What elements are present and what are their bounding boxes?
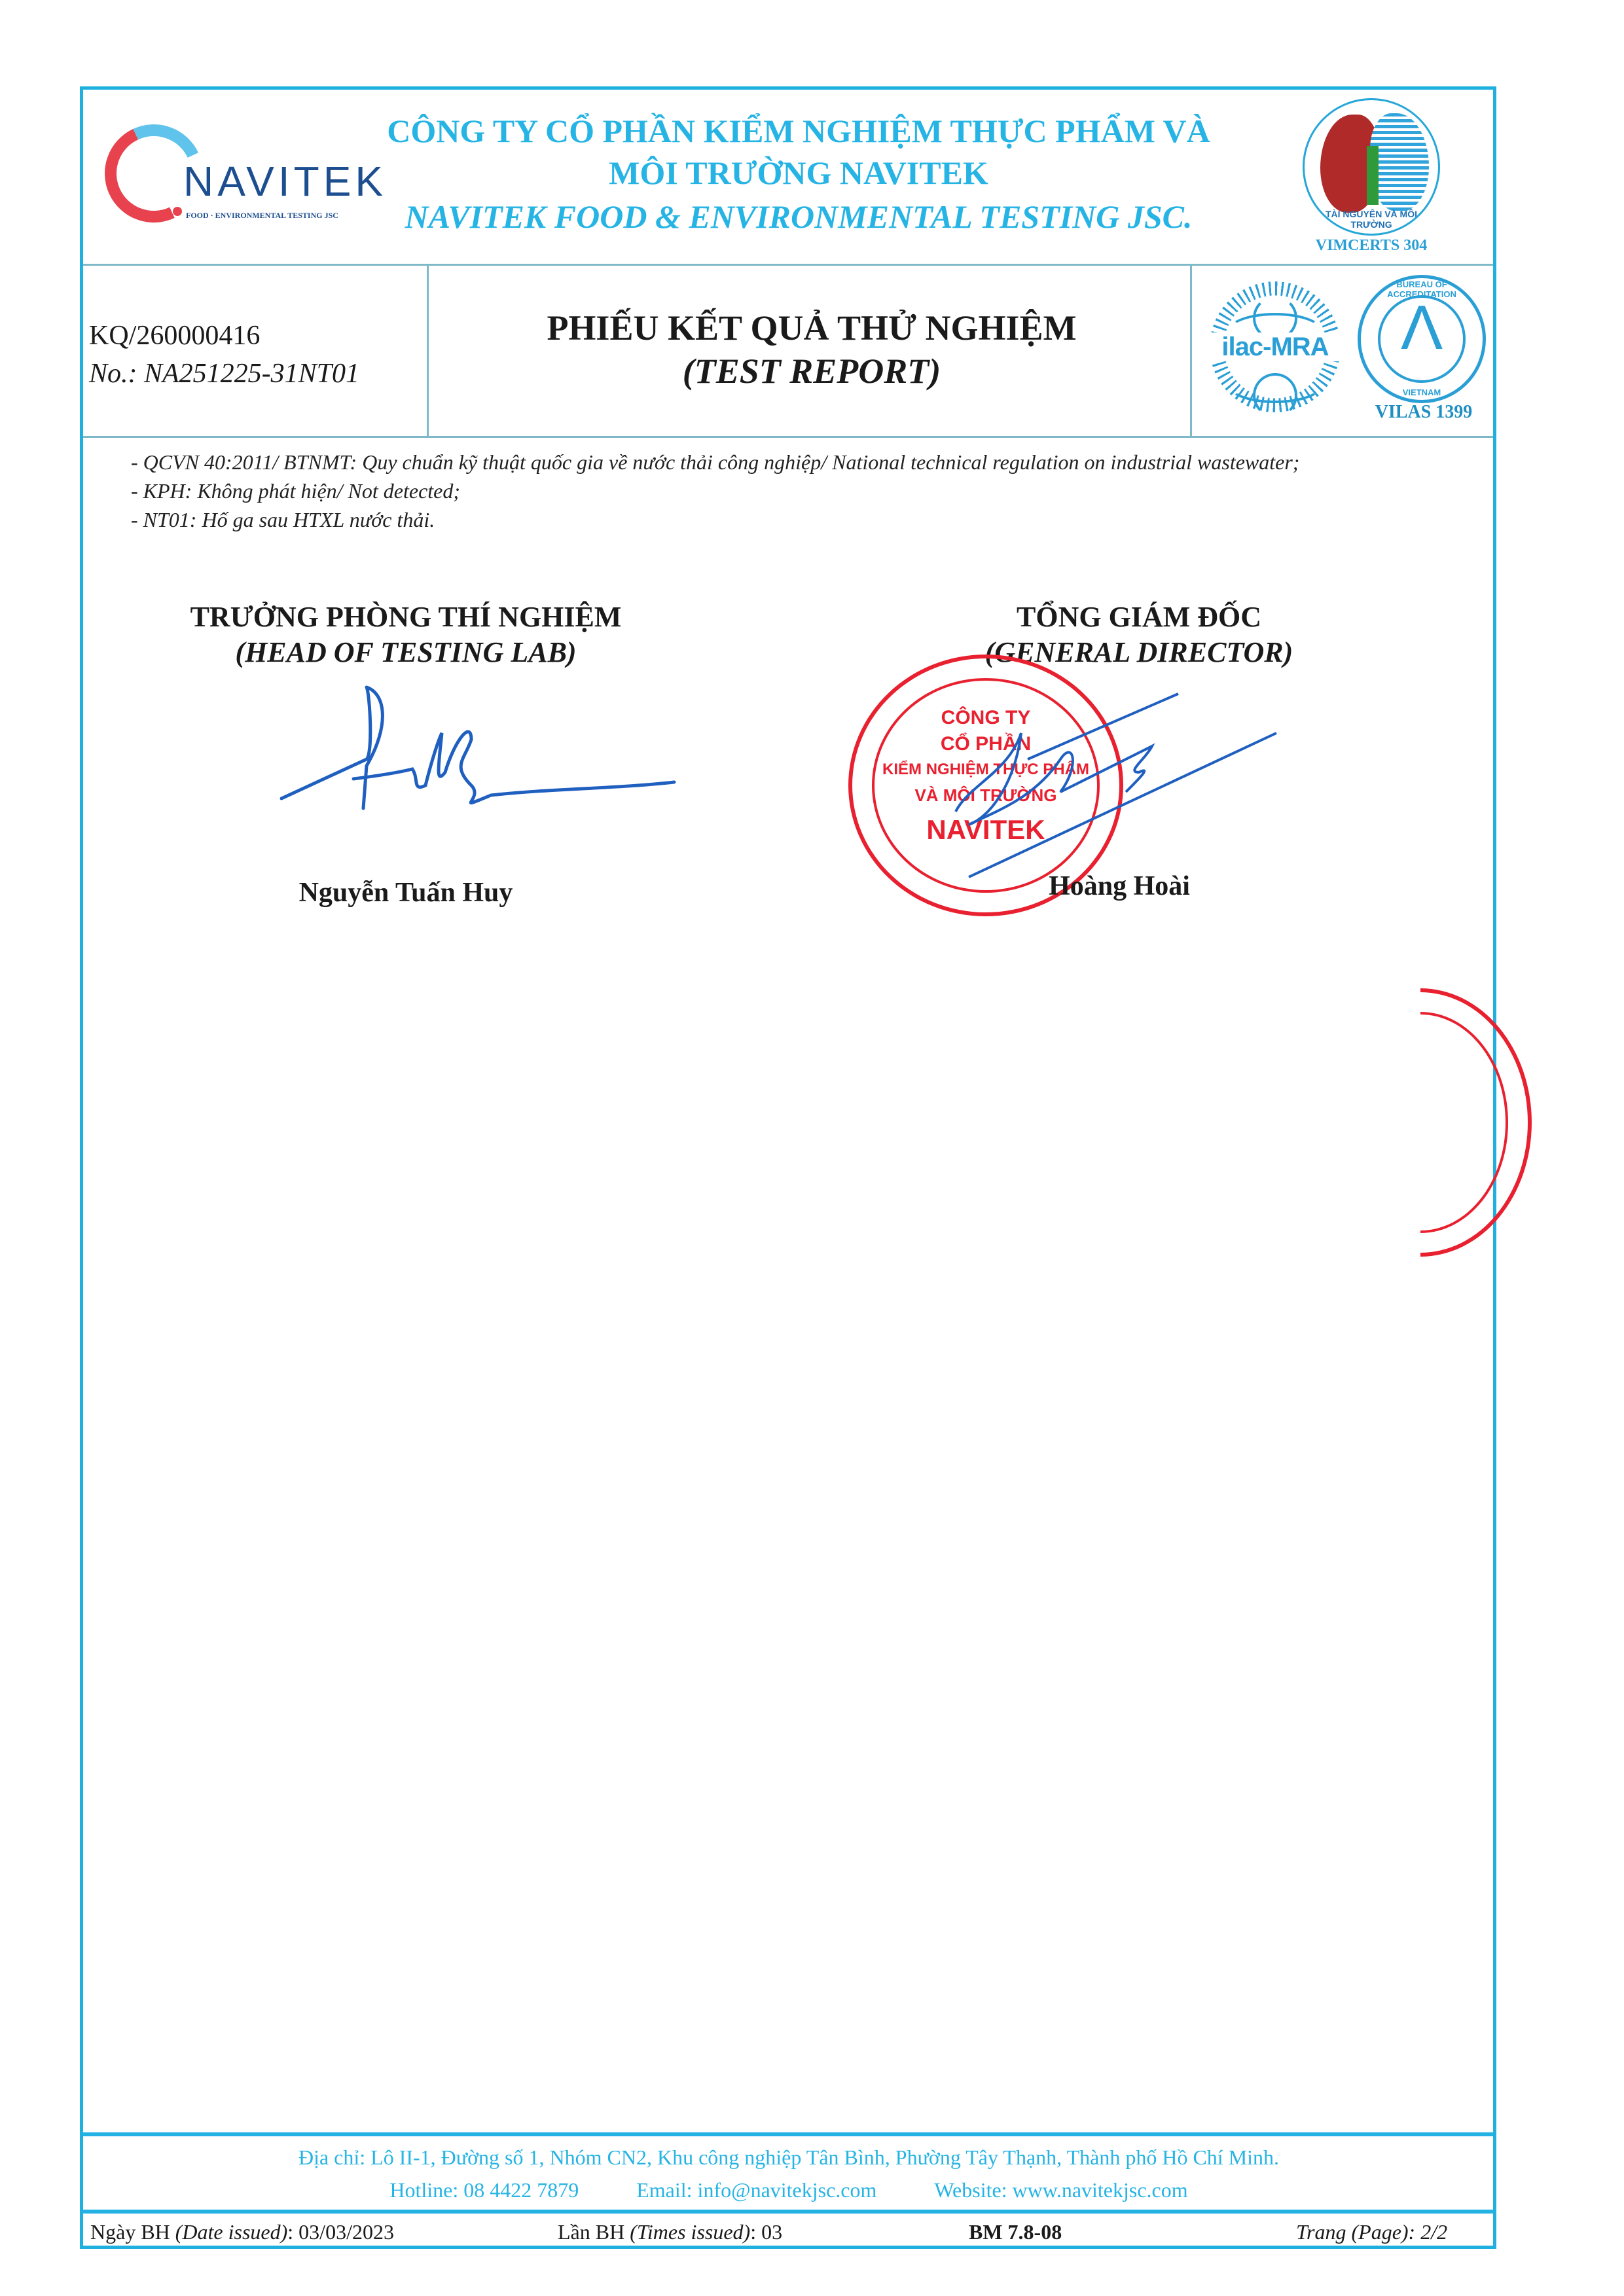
times-issued-value: : 03 <box>750 2220 782 2244</box>
footer-address: Địa chỉ: Lô II-1, Đường số 1, Nhóm CN2, … <box>85 2140 1492 2174</box>
title-divider <box>83 436 1493 438</box>
page-title: PHIẾU KẾT QUẢ THỬ NGHIỆM (TEST REPORT) <box>432 306 1191 393</box>
footer-meta-divider <box>83 2210 1493 2214</box>
note-item: - NT01: Hố ga sau HTXL nước thải. <box>131 505 1479 534</box>
vimcerts-label: VIMCERTS 304 <box>1303 237 1440 255</box>
company-name-vn-line1: CÔNG TY CỔ PHẦN KIỂM NGHIỆM THỰC PHẨM VÀ <box>367 110 1231 152</box>
date-issued-value: : 03/03/2023 <box>287 2220 394 2244</box>
navitek-logo: NAVITEK FOOD · ENVIRONMENTAL TESTING JSC <box>105 118 353 242</box>
navitek-logo-text: NAVITEK <box>183 157 387 206</box>
ilac-mra-text: ilac-MRA <box>1210 332 1341 361</box>
boa-a-icon: Λ <box>1361 295 1483 361</box>
date-issued: Ngày BH (Date issued): 03/03/2023 <box>90 2220 394 2244</box>
title-en: (TEST REPORT) <box>432 350 1191 393</box>
notes-list: - QCVN 40:2011/ BTNMT: Quy chuẩn kỹ thuậ… <box>131 448 1479 534</box>
signature-block-head-of-lab: TRƯỞNG PHÒNG THÍ NGHIỆM (HEAD OF TESTING… <box>157 600 655 670</box>
navitek-dot-icon <box>173 207 182 216</box>
ilac-mra-logo: ilac-MRA <box>1210 281 1341 412</box>
report-number: No.: NA251225-31NT01 <box>89 355 359 393</box>
vimcerts-logo-icon: TÀI NGUYÊN VÀ MÔI TRƯỜNG <box>1303 98 1440 236</box>
footer-top-divider <box>83 2132 1493 2136</box>
boa-bottom-text: VIETNAM <box>1361 387 1483 397</box>
footer-hotline: Hotline: 08 4422 7879 <box>389 2178 579 2202</box>
report-ref-code: KQ/260000416 <box>89 317 359 355</box>
form-code: BM 7.8-08 <box>969 2220 1062 2244</box>
report-reference: KQ/260000416 No.: NA251225-31NT01 <box>89 317 359 393</box>
head-of-lab-name: Nguyễn Tuấn Huy <box>157 877 655 908</box>
header-divider <box>83 264 1493 266</box>
date-issued-label-en: (Date issued) <box>175 2220 288 2244</box>
title-vn: PHIẾU KẾT QUẢ THỬ NGHIỆM <box>432 306 1191 350</box>
ref-column-divider <box>427 264 429 436</box>
note-item: - QCVN 40:2011/ BTNMT: Quy chuẩn kỹ thuậ… <box>131 448 1479 476</box>
boa-accreditation-logo: BUREAU OF ACCREDITATION Λ VIETNAM <box>1358 275 1486 403</box>
company-name-vn-line2: MÔI TRƯỜNG NAVITEK <box>367 152 1231 194</box>
footer-email[interactable]: Email: info@navitekjsc.com <box>636 2178 876 2202</box>
vilas-label: VILAS 1399 <box>1355 402 1492 423</box>
company-name: CÔNG TY CỔ PHẦN KIỂM NGHIỆM THỰC PHẨM VÀ… <box>367 110 1231 240</box>
page-number-value: : 2/2 <box>1409 2220 1448 2244</box>
footer-contact: Hotline: 08 4422 7879 Email: info@navite… <box>85 2173 1492 2207</box>
head-of-lab-role-en: (HEAD OF TESTING LAB) <box>157 635 655 670</box>
vimcerts-logo-text: TÀI NGUYÊN VÀ MÔI TRƯỜNG <box>1305 209 1438 230</box>
times-issued: Lần BH (Times issued): 03 <box>558 2220 782 2244</box>
note-item: - KPH: Không phát hiện/ Not detected; <box>131 476 1479 505</box>
general-director-name: Hoàng Hoài <box>1021 870 1218 902</box>
footer-website[interactable]: Website: www.navitekjsc.com <box>934 2178 1187 2202</box>
page-number-label: Trang (Page) <box>1296 2220 1409 2244</box>
times-issued-label-en: (Times issued) <box>630 2220 750 2244</box>
date-issued-label-vn: Ngày BH <box>90 2220 175 2244</box>
navitek-logo-tagline: FOOD · ENVIRONMENTAL TESTING JSC <box>186 211 338 221</box>
general-director-signature-icon <box>929 681 1296 890</box>
head-of-lab-signature-icon <box>275 681 681 812</box>
page-number: Trang (Page): 2/2 <box>1296 2220 1447 2244</box>
head-of-lab-role-vn: TRƯỞNG PHÒNG THÍ NGHIỆM <box>157 600 655 635</box>
company-name-en: NAVITEK FOOD & ENVIRONMENTAL TESTING JSC… <box>367 194 1231 240</box>
general-director-role-vn: TỔNG GIÁM ĐỐC <box>903 600 1375 635</box>
times-issued-label-vn: Lần BH <box>558 2220 630 2244</box>
